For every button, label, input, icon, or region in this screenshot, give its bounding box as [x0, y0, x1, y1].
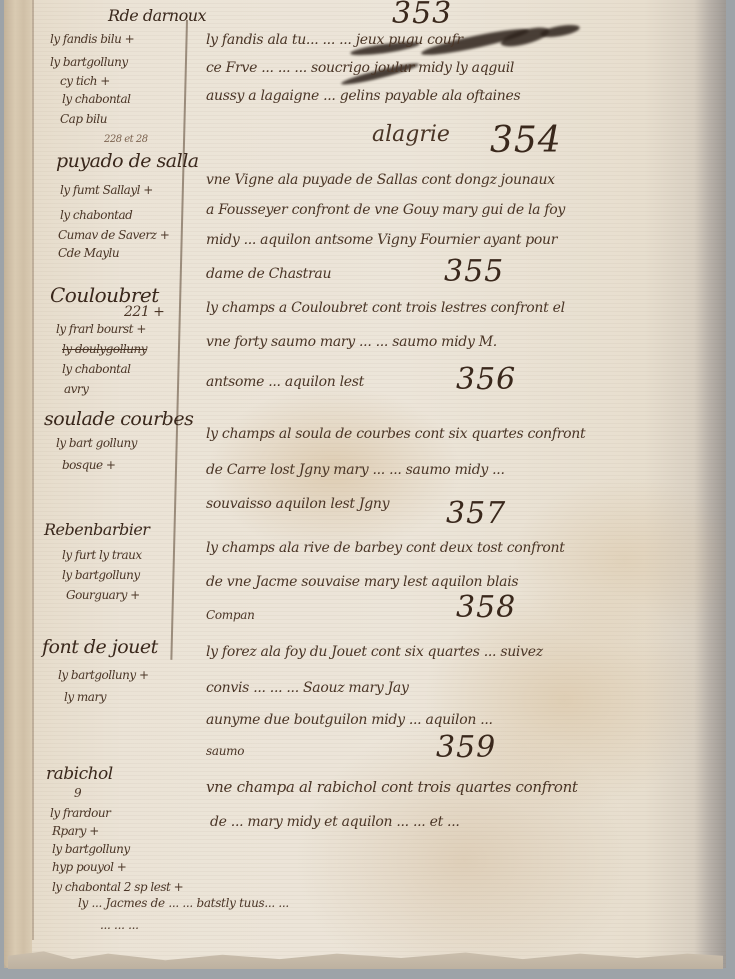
margin-line: ly bartgolluny — [62, 568, 140, 582]
margin-line: bosque + — [62, 458, 115, 472]
margin-line: ly bart golluny — [56, 436, 137, 450]
page-binding-edge — [4, 0, 32, 968]
margin-line: Cap bilu — [60, 112, 107, 126]
entry-number: 358 — [456, 590, 516, 625]
entry-line: de vne Jacme souvaise mary lest aquilon … — [206, 574, 518, 590]
margin-line: ly chabontal — [62, 362, 130, 376]
entry-number: 356 — [456, 362, 516, 397]
margin-line: avry — [64, 382, 88, 396]
margin-line: ly furt ly traux — [62, 548, 142, 562]
margin-line: ly fandis bilu + — [50, 32, 134, 46]
entry-line: ly champs ala rive de barbey cont deux t… — [206, 540, 565, 556]
entry-line: de ... mary midy et aquilon ... ... et .… — [210, 814, 460, 830]
margin-line: ly frardour — [50, 806, 110, 820]
entry-number: 357 — [446, 496, 506, 531]
margin-line: ly frarl bourst + — [56, 322, 146, 336]
entry-line: ly champs a Couloubret cont trois lestre… — [206, 300, 565, 316]
margin-title: font de jouet — [42, 636, 158, 658]
margin-line: Cumav de Saverz + — [58, 228, 169, 242]
entry-line: saumo — [206, 744, 244, 758]
entry-line: ly fandis ala tu... ... ... jeux pugu co… — [206, 32, 463, 48]
entry-line: vne champa al rabichol cont trois quarte… — [206, 778, 578, 796]
entry-number: 354 — [490, 120, 562, 161]
margin-line: ly fumt Sallayl + — [60, 183, 153, 197]
footer-line: ... ... ... — [100, 918, 139, 932]
entry-line: midy ... aquilon antsome Vigny Fournier … — [206, 232, 557, 248]
entry-line: de Carre lost Jgny mary ... ... saumo mi… — [206, 462, 505, 478]
margin-title: Rebenbarbier — [44, 520, 149, 539]
margin-line: hyp pouyol + — [52, 860, 126, 874]
margin-line: ly chabontal — [62, 92, 130, 106]
margin-title: puyado de salla — [56, 150, 199, 172]
entry-number: 355 — [444, 254, 504, 289]
margin-line: Rpary + — [52, 824, 99, 838]
margin-title: Rde darnoux — [108, 6, 206, 25]
margin-note: 221 + — [124, 304, 164, 320]
entry-line: dame de Chastrau — [206, 266, 331, 282]
margin-line: ly mary — [64, 690, 106, 704]
entry-line: ce Frve ... ... ... soucrigo joulur midy… — [206, 60, 514, 76]
entry-heading: alagrie — [372, 122, 450, 147]
entry-line: ly forez ala foy du Jouet cont six quart… — [206, 644, 543, 660]
entry-line: vne forty saumo mary ... ... saumo midy … — [206, 334, 497, 350]
entry-line: ly champs al soula de courbes cont six q… — [206, 426, 585, 442]
margin-line: ly chabontad — [60, 208, 132, 222]
margin-line: Cde Maylu — [58, 246, 119, 260]
entry-line: Compan — [206, 608, 255, 622]
entry-line: souvaisso aquilon lest Jgny — [206, 496, 389, 512]
margin-title: rabichol — [46, 764, 113, 784]
margin-note: 9 — [74, 786, 81, 800]
entry-line: vne Vigne ala puyade de Sallas cont dong… — [206, 172, 555, 188]
margin-line: ly bartgolluny — [50, 55, 128, 69]
margin-line: Gourguary + — [66, 588, 140, 602]
entry-number: 359 — [436, 730, 496, 765]
entry-line: convis ... ... ... Saouz mary Jay — [206, 680, 409, 696]
margin-line: ly bartgolluny + — [58, 668, 149, 682]
margin-title: soulade courbes — [44, 408, 193, 430]
entry-line: aunyme due boutguilon midy ... aquilon .… — [206, 712, 493, 728]
entry-number: 353 — [392, 0, 452, 31]
entry-line: antsome ... aquilon lest — [206, 374, 364, 390]
entry-line: a Fousseyer confront de vne Gouy mary gu… — [206, 202, 565, 218]
margin-rule-left — [32, 0, 34, 940]
margin-line: ly chabontal 2 sp lest + — [52, 880, 183, 894]
entry-line: aussy a lagaigne ... gelins payable ala … — [206, 88, 520, 104]
footer-line: ly ... Jacmes de ... ... batstly tuus...… — [78, 896, 289, 910]
margin-line-struck: ly doulygolluny — [62, 342, 147, 356]
margin-line: cy tich + — [60, 74, 110, 88]
margin-note: 228 et 28 — [104, 134, 148, 145]
margin-line: ly bartgolluny — [52, 842, 130, 856]
